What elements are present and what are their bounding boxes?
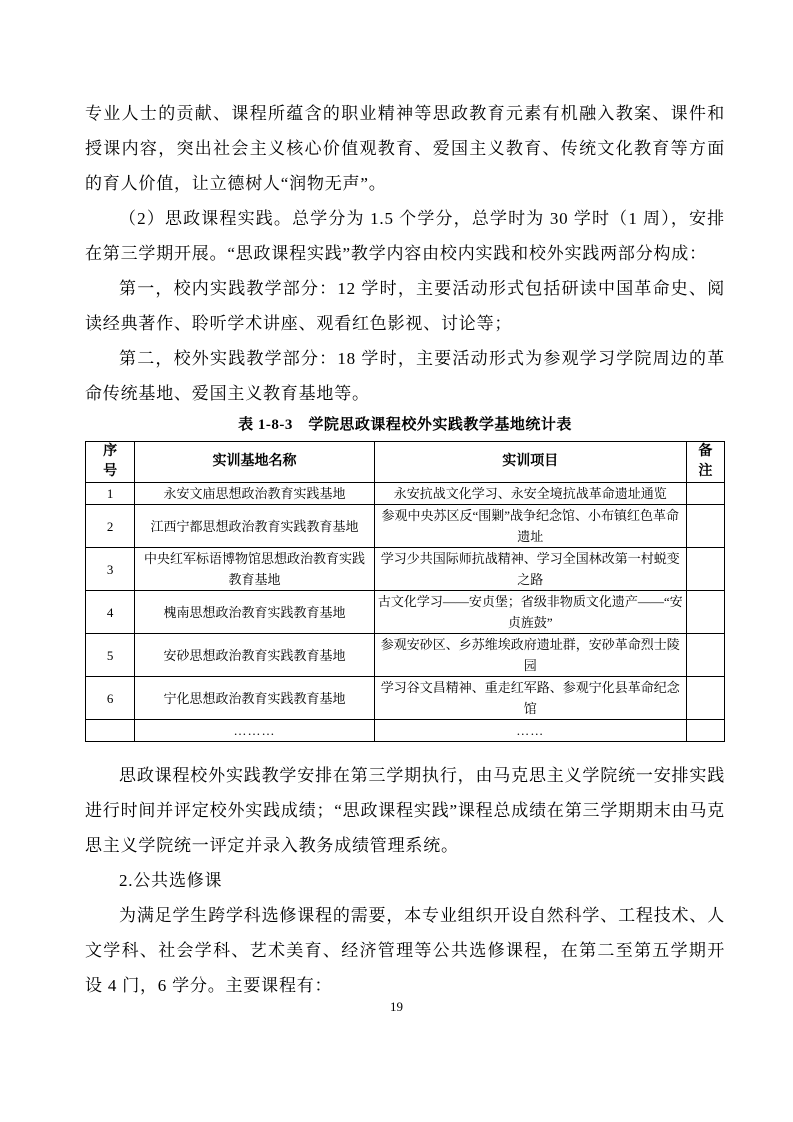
cell-base-name: 安砂思想政治教育实践教育基地: [135, 634, 375, 677]
table-row: 1 永安文庙思想政治教育实践基地 永安抗战文化学习、永安全境抗战革命遗址通览: [86, 483, 725, 505]
cell-project: 参观中央苏区反“围剿”战争纪念馆、小布镇红色革命遗址: [374, 505, 686, 548]
paragraph-off-campus-grading: 思政课程校外实践教学安排在第三学期执行，由马克思主义学院统一安排实践进行时间并评…: [85, 758, 725, 863]
table-row: 6 宁化思想政治教育实践教育基地 学习谷文昌精神、重走红军路、参观宁化县革命纪念…: [86, 677, 725, 720]
header-cell-base-name: 实训基地名称: [135, 442, 375, 483]
cell-project: 学习少共国际师抗战精神、学习全国林改第一村蜕变之路: [374, 548, 686, 591]
paragraph-off-campus-practice: 第二，校外实践教学部分：18 学时，主要活动形式为参观学习学院周边的革命传统基地…: [85, 341, 725, 411]
cell-note: [686, 634, 724, 677]
cell-project: 永安抗战文化学习、永安全境抗战革命遗址通览: [374, 483, 686, 505]
cell-project: 古文化学习——安贞堡；省级非物质文化遗产——“安贞旌鼓”: [374, 591, 686, 634]
cell-project: 学习谷文昌精神、重走红军路、参观宁化县革命纪念馆: [374, 677, 686, 720]
page-number: 19: [0, 999, 793, 1015]
paragraph-sizheng-practice: （2）思政课程实践。总学分为 1.5 个学分，总学时为 30 学时（1 周），安…: [85, 201, 725, 271]
cell-base-name: 江西宁都思想政治教育实践教育基地: [135, 505, 375, 548]
page-content: 专业人士的贡献、课程所蕴含的职业精神等思政教育元素有机融入教案、课件和授课内容，…: [85, 96, 725, 1003]
cell-project: ……: [374, 720, 686, 742]
cell-number: 4: [86, 591, 135, 634]
table-row: 5 安砂思想政治教育实践教育基地 参观安砂区、乡苏维埃政府遗址群，安砂革命烈士陵…: [86, 634, 725, 677]
cell-base-name: ………: [135, 720, 375, 742]
table-row: 3 中央红军标语博物馆思想政治教育实践教育基地 学习少共国际师抗战精神、学习全国…: [86, 548, 725, 591]
header-cell-number: 序 号: [86, 442, 135, 483]
cell-base-name: 槐南思想政治教育实践教育基地: [135, 591, 375, 634]
cell-note: [686, 483, 724, 505]
cell-project: 参观安砂区、乡苏维埃政府遗址群，安砂革命烈士陵园: [374, 634, 686, 677]
cell-number: 5: [86, 634, 135, 677]
cell-note: [686, 720, 724, 742]
document-page: 专业人士的贡献、课程所蕴含的职业精神等思政教育元素有机融入教案、课件和授课内容，…: [0, 0, 793, 1122]
cell-note: [686, 505, 724, 548]
table-row: 4 槐南思想政治教育实践教育基地 古文化学习——安贞堡；省级非物质文化遗产——“…: [86, 591, 725, 634]
cell-number: 2: [86, 505, 135, 548]
cell-number: [86, 720, 135, 742]
cell-number: 3: [86, 548, 135, 591]
cell-number: 6: [86, 677, 135, 720]
cell-base-name: 永安文庙思想政治教育实践基地: [135, 483, 375, 505]
cell-note: [686, 548, 724, 591]
header-cell-note: 备 注: [686, 442, 724, 483]
table-row-ellipsis: ……… ……: [86, 720, 725, 742]
practice-base-table: 序 号 实训基地名称 实训项目 备 注 1 永安文庙思想政治教育实践基地 永安抗…: [85, 441, 725, 742]
cell-base-name: 宁化思想政治教育实践教育基地: [135, 677, 375, 720]
cell-note: [686, 677, 724, 720]
cell-number: 1: [86, 483, 135, 505]
cell-note: [686, 591, 724, 634]
table-header-row: 序 号 实训基地名称 实训项目 备 注: [86, 442, 725, 483]
paragraph-on-campus-practice: 第一，校内实践教学部分：12 学时，主要活动形式包括研读中国革命史、阅读经典著作…: [85, 271, 725, 341]
paragraph-public-electives: 为满足学生跨学科选修课程的需要，本专业组织开设自然科学、工程技术、人文学科、社会…: [85, 898, 725, 1003]
cell-base-name: 中央红军标语博物馆思想政治教育实践教育基地: [135, 548, 375, 591]
table-row: 2 江西宁都思想政治教育实践教育基地 参观中央苏区反“围剿”战争纪念馆、小布镇红…: [86, 505, 725, 548]
paragraph-intro-continuation: 专业人士的贡献、课程所蕴含的职业精神等思政教育元素有机融入教案、课件和授课内容，…: [85, 96, 725, 201]
heading-public-electives: 2.公共选修课: [85, 863, 725, 898]
table-caption: 表 1-8-3 学院思政课程校外实践教学基地统计表: [85, 415, 725, 435]
header-cell-project: 实训项目: [374, 442, 686, 483]
